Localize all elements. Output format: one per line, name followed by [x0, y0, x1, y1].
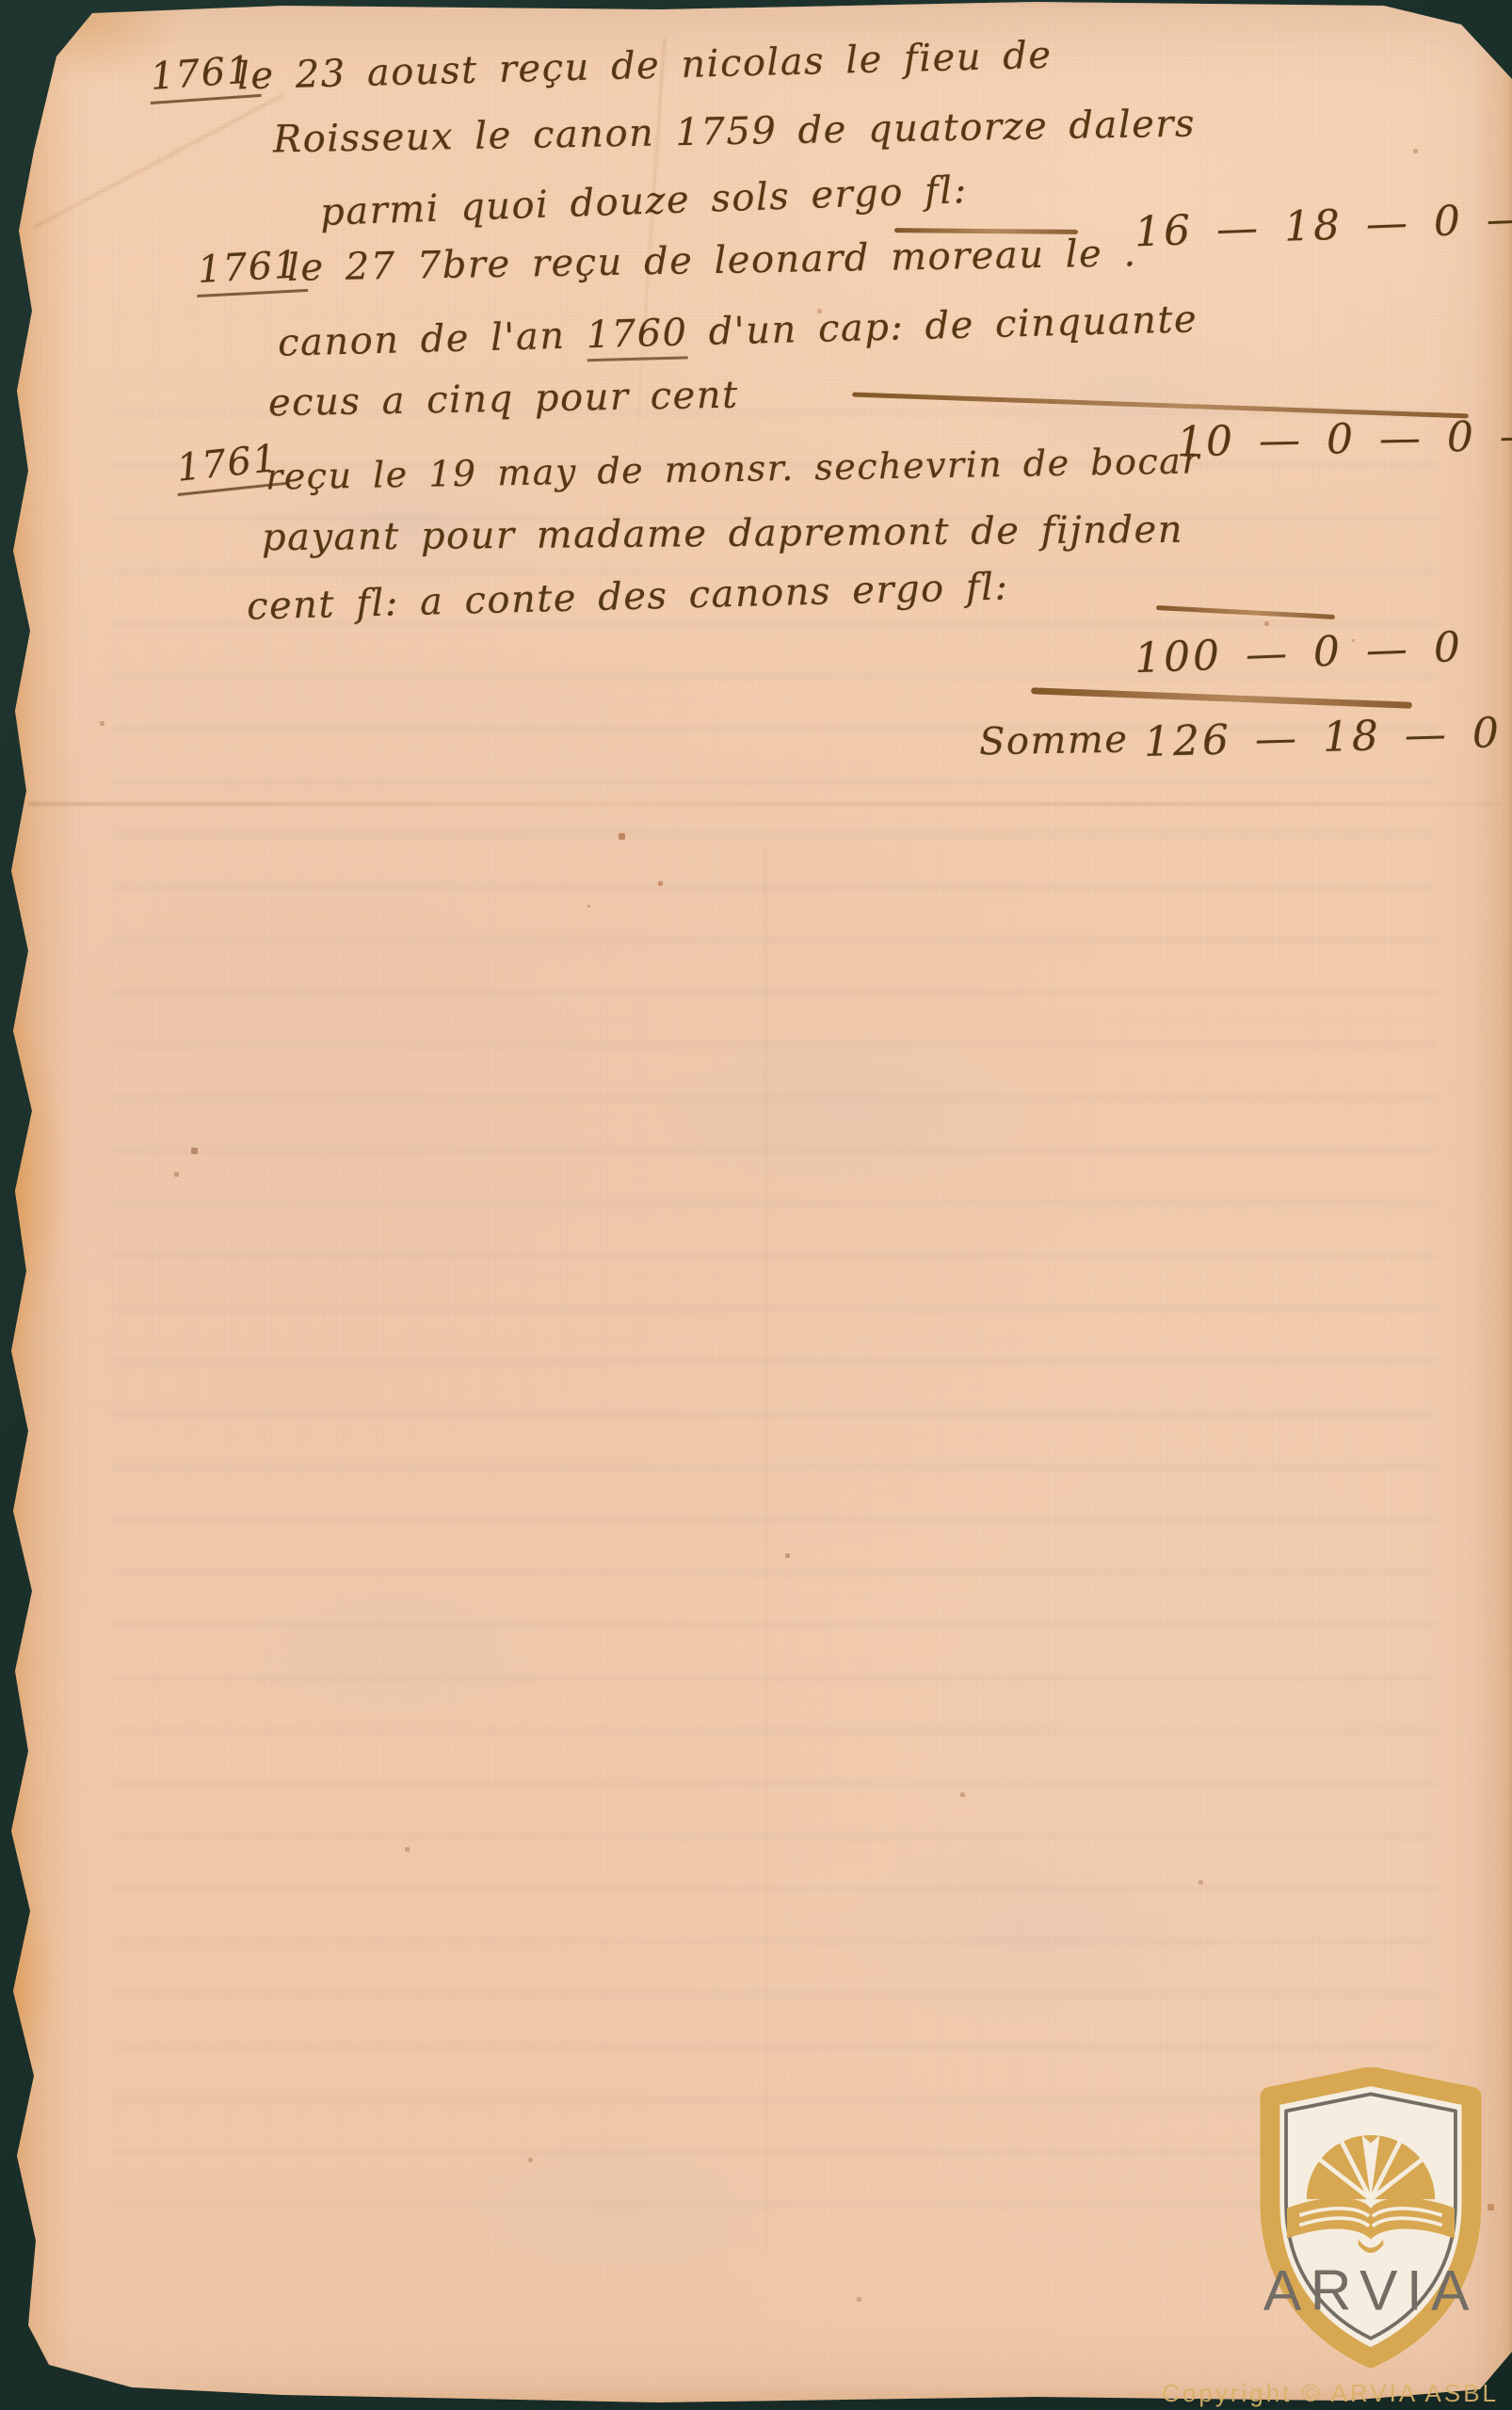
- paper-sheet: [0, 0, 1512, 2410]
- arvia-logo-text: ARVIA: [1263, 2258, 1478, 2322]
- entry-line: ecus a cinq pour cent: [268, 375, 739, 425]
- manuscript-scan: 1761 le 23 aoust reçu de nicolas le fieu…: [0, 0, 1512, 2410]
- entry-line-pre: canon de l'an: [278, 313, 587, 365]
- arvia-watermark-shield: ARVIA: [1231, 2067, 1510, 2370]
- underlined-year: 1760: [586, 311, 688, 361]
- total-amount: 126 — 18 — 0: [1143, 711, 1502, 765]
- copyright-notice: Copyright © ARVIA ASBL: [1162, 2379, 1499, 2408]
- entry-amount: 10 — 0 — 0 —: [1177, 414, 1512, 466]
- rust-specks: [0, 0, 1, 1]
- total-label: Somme: [979, 719, 1129, 763]
- entry-line: payant pour madame dapremont de fijnden: [262, 509, 1183, 559]
